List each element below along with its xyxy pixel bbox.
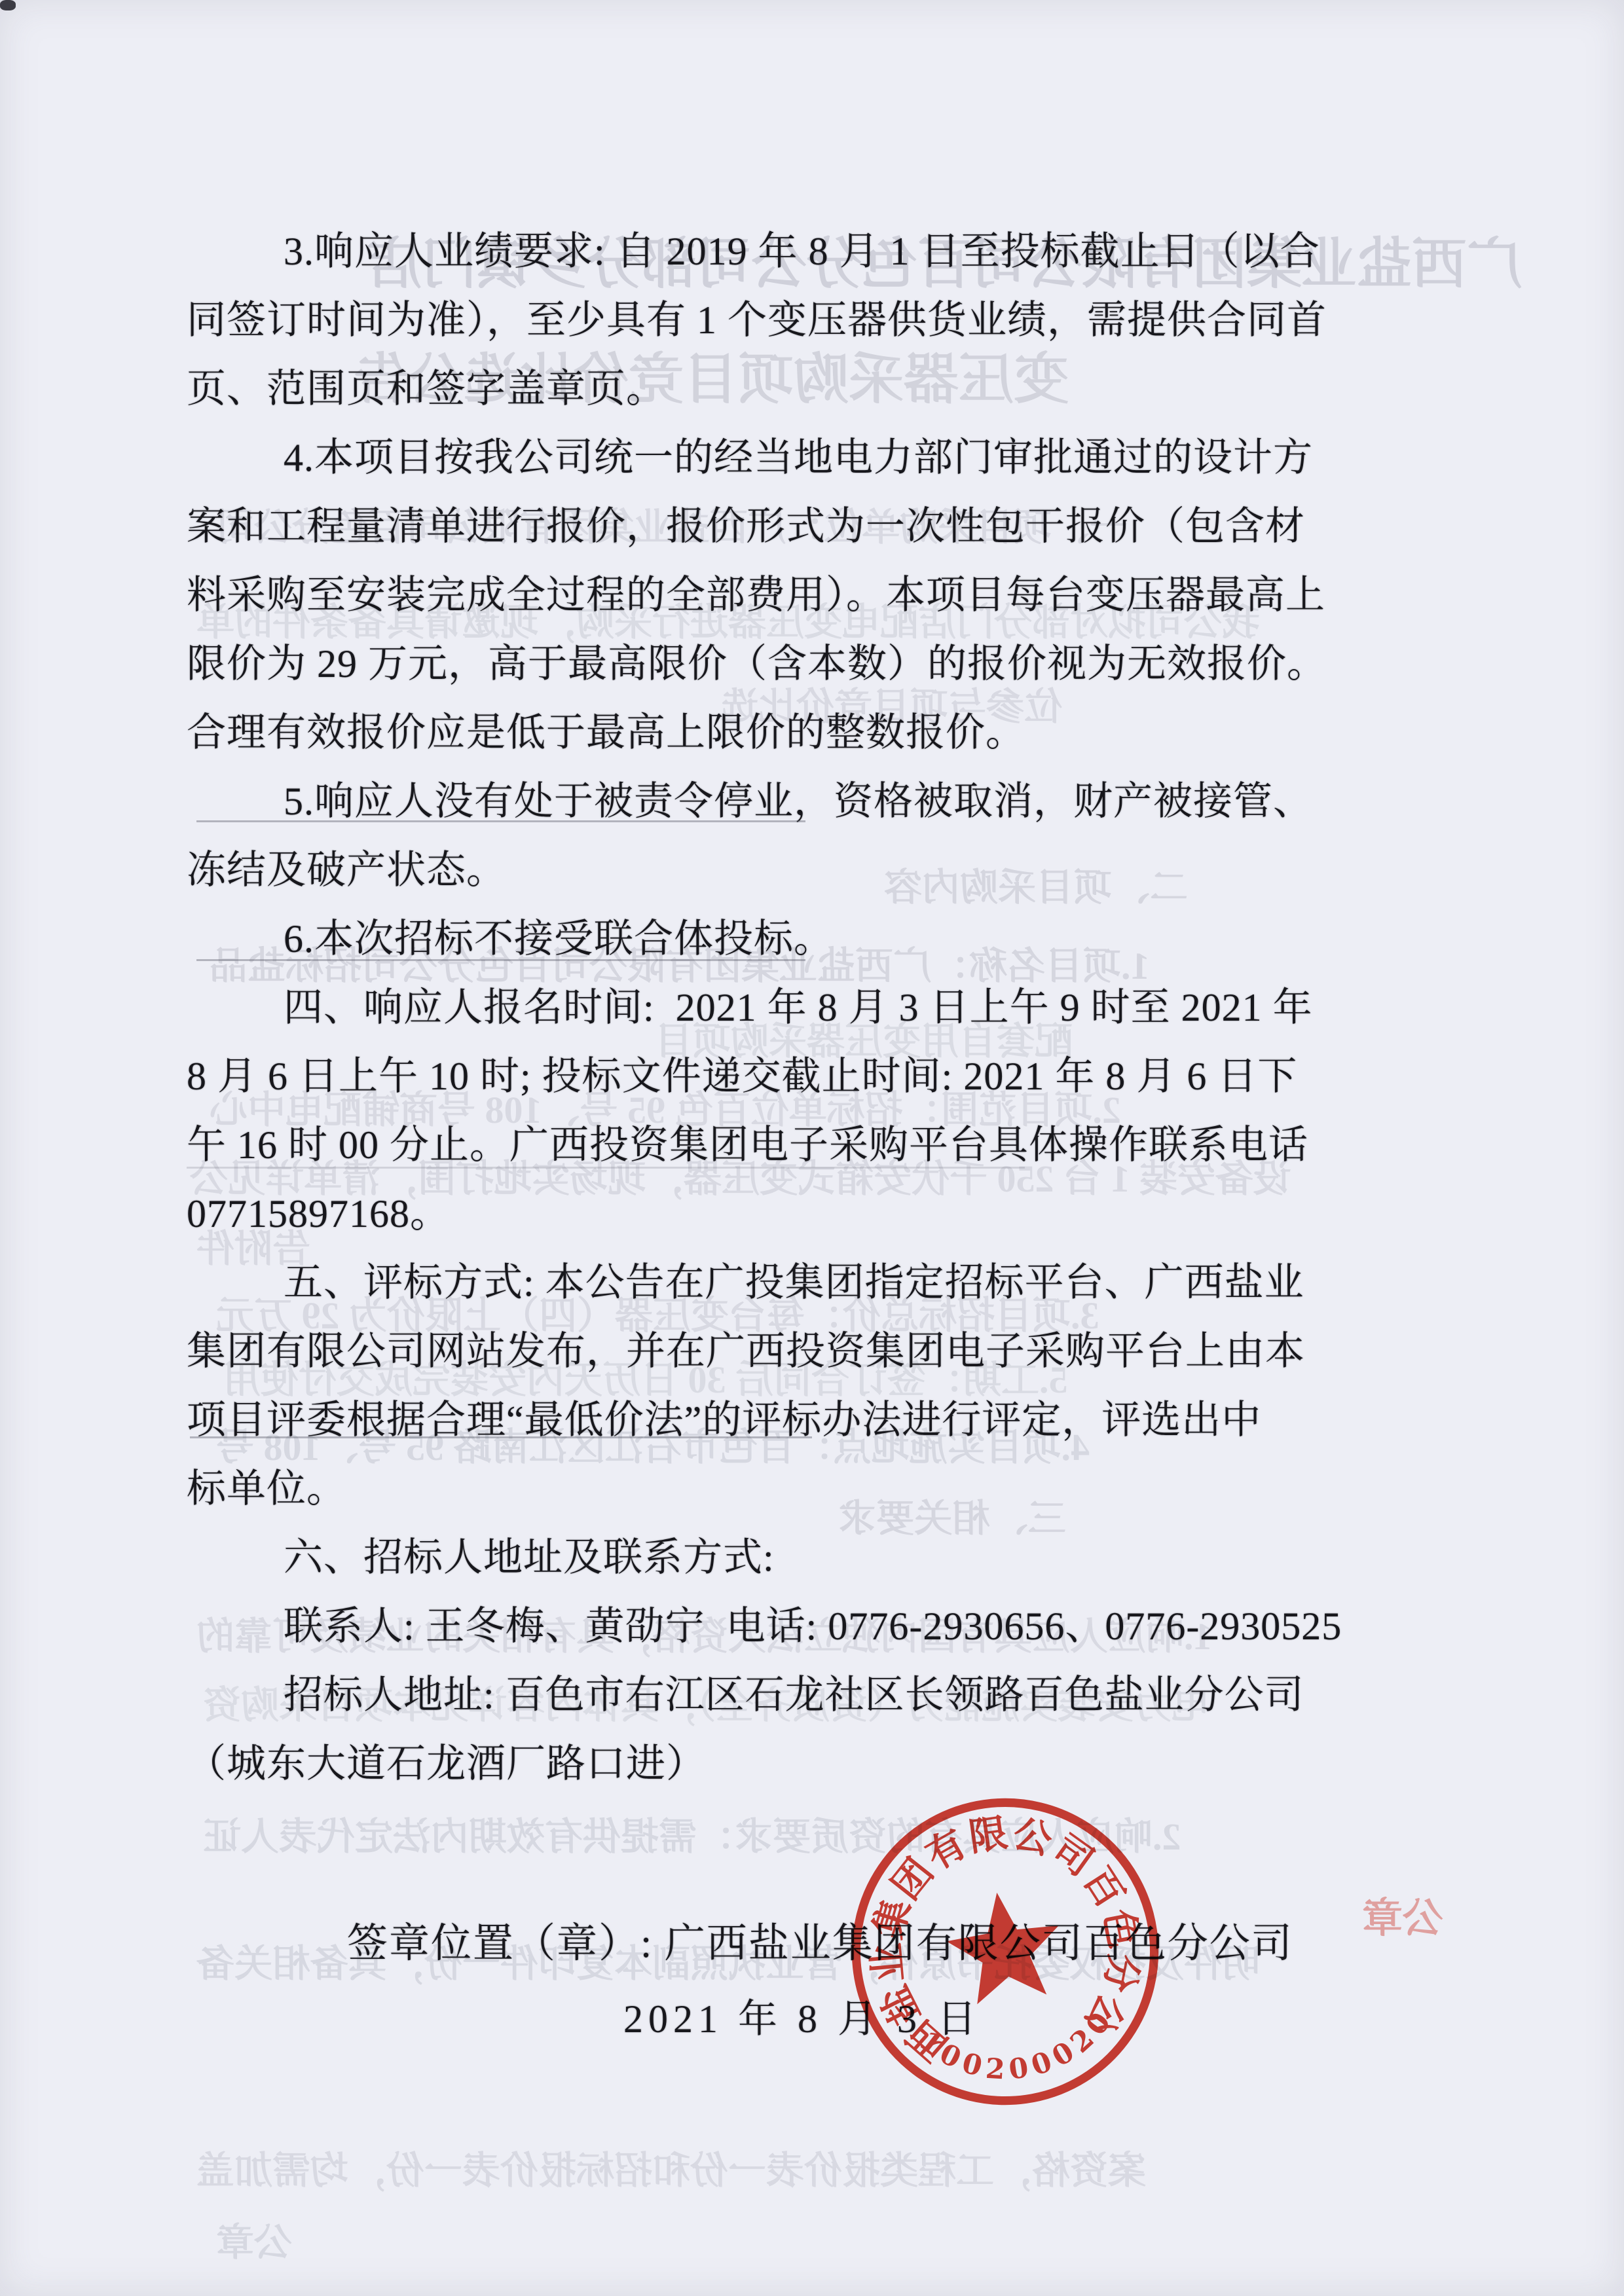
scan-streak [190, 1436, 812, 1438]
document-line: 4.本项目按我公司统一的经当地电力部门审批通过的设计方 [187, 424, 1470, 492]
ghost-text: 公章 [216, 2212, 292, 2267]
document-line: 案和工程量清单进行报价，报价形式为一次性包干报价（包含材 [187, 492, 1470, 561]
document-line: 冻结及破产状态。 [187, 836, 1470, 905]
ghost-text: 案资格，工程类报价表一份和招标报价表一份，均需加盖 [196, 2140, 1146, 2195]
document-line: （城东大道石龙酒厂路口进） [187, 1730, 1470, 1798]
document-line: 标单位。 [187, 1455, 1470, 1523]
scan-streak [196, 820, 805, 822]
scanned-document-page: 广西盐业集团有限公司百色分公司部分乡镇门店变压器采购项目竞价比选公告一、项目采购… [0, 0, 1624, 2296]
document-line: 限价为 29 万元，高于最高限价（含本数）的报价视为无效报价。 [187, 630, 1470, 699]
document-line: 8 月 6 日上午 10 时; 投标文件递交截止时间: 2021 年 8 月 6… [187, 1042, 1470, 1111]
document-line: 四、响应人报名时间: 2021 年 8 月 3 日上午 9 时至 2021 年 [187, 974, 1470, 1042]
document-line: 5.响应人没有处于被责令停业，资格被取消，财产被接管、 [187, 767, 1470, 836]
scan-streak [187, 1167, 1025, 1169]
document-line: 料采购至安装完成全过程的全部费用）。本项目每台变压器最高上 [187, 561, 1470, 630]
document-line: 联系人: 王冬梅、黄劭宁 电话: 0776-2930656、0776-29305… [187, 1592, 1470, 1661]
document-line: 午 16 时 00 分止。广西投资集团电子采购平台具体操作联系电话 [187, 1111, 1470, 1180]
ghost-red-stamp-text: 公章 [1362, 1886, 1443, 1944]
document-line: 同签订时间为准），至少具有 1 个变压器供货业绩，需提供合同首 [187, 286, 1470, 355]
document-body: 3.响应人业绩要求: 自 2019 年 8 月 1 日至投标截止日（以合同签订时… [187, 217, 1470, 1798]
document-line: 项目评委根据合理“最低价法”的评标办法进行评定，评选出中 [187, 1386, 1470, 1455]
seal-star-icon [941, 1885, 1068, 2007]
document-line: 07715897168。 [187, 1180, 1470, 1248]
corner-speck [0, 0, 16, 10]
scan-streak [196, 959, 805, 961]
document-line: 6.本次招标不接受联合体投标。 [187, 905, 1470, 974]
document-line: 3.响应人业绩要求: 自 2019 年 8 月 1 日至投标截止日（以合 [187, 217, 1470, 286]
document-line: 五、评标方式: 本公告在广投集团指定招标平台、广西盐业 [187, 1248, 1470, 1317]
document-line: 招标人地址: 百色市右江区石龙社区长领路百色盐业分公司 [187, 1661, 1470, 1730]
document-line: 集团有限公司网站发布，并在广西投资集团电子采购平台上由本 [187, 1317, 1470, 1386]
document-line: 合理有效报价应是低于最高上限价的整数报价。 [187, 699, 1470, 767]
document-line: 页、范围页和签字盖章页。 [187, 355, 1470, 424]
document-line: 六、招标人地址及联系方式: [187, 1523, 1470, 1592]
company-seal-stamp: 广西盐业集团有限公司百色分公司 4510020002069 [833, 1779, 1177, 2124]
